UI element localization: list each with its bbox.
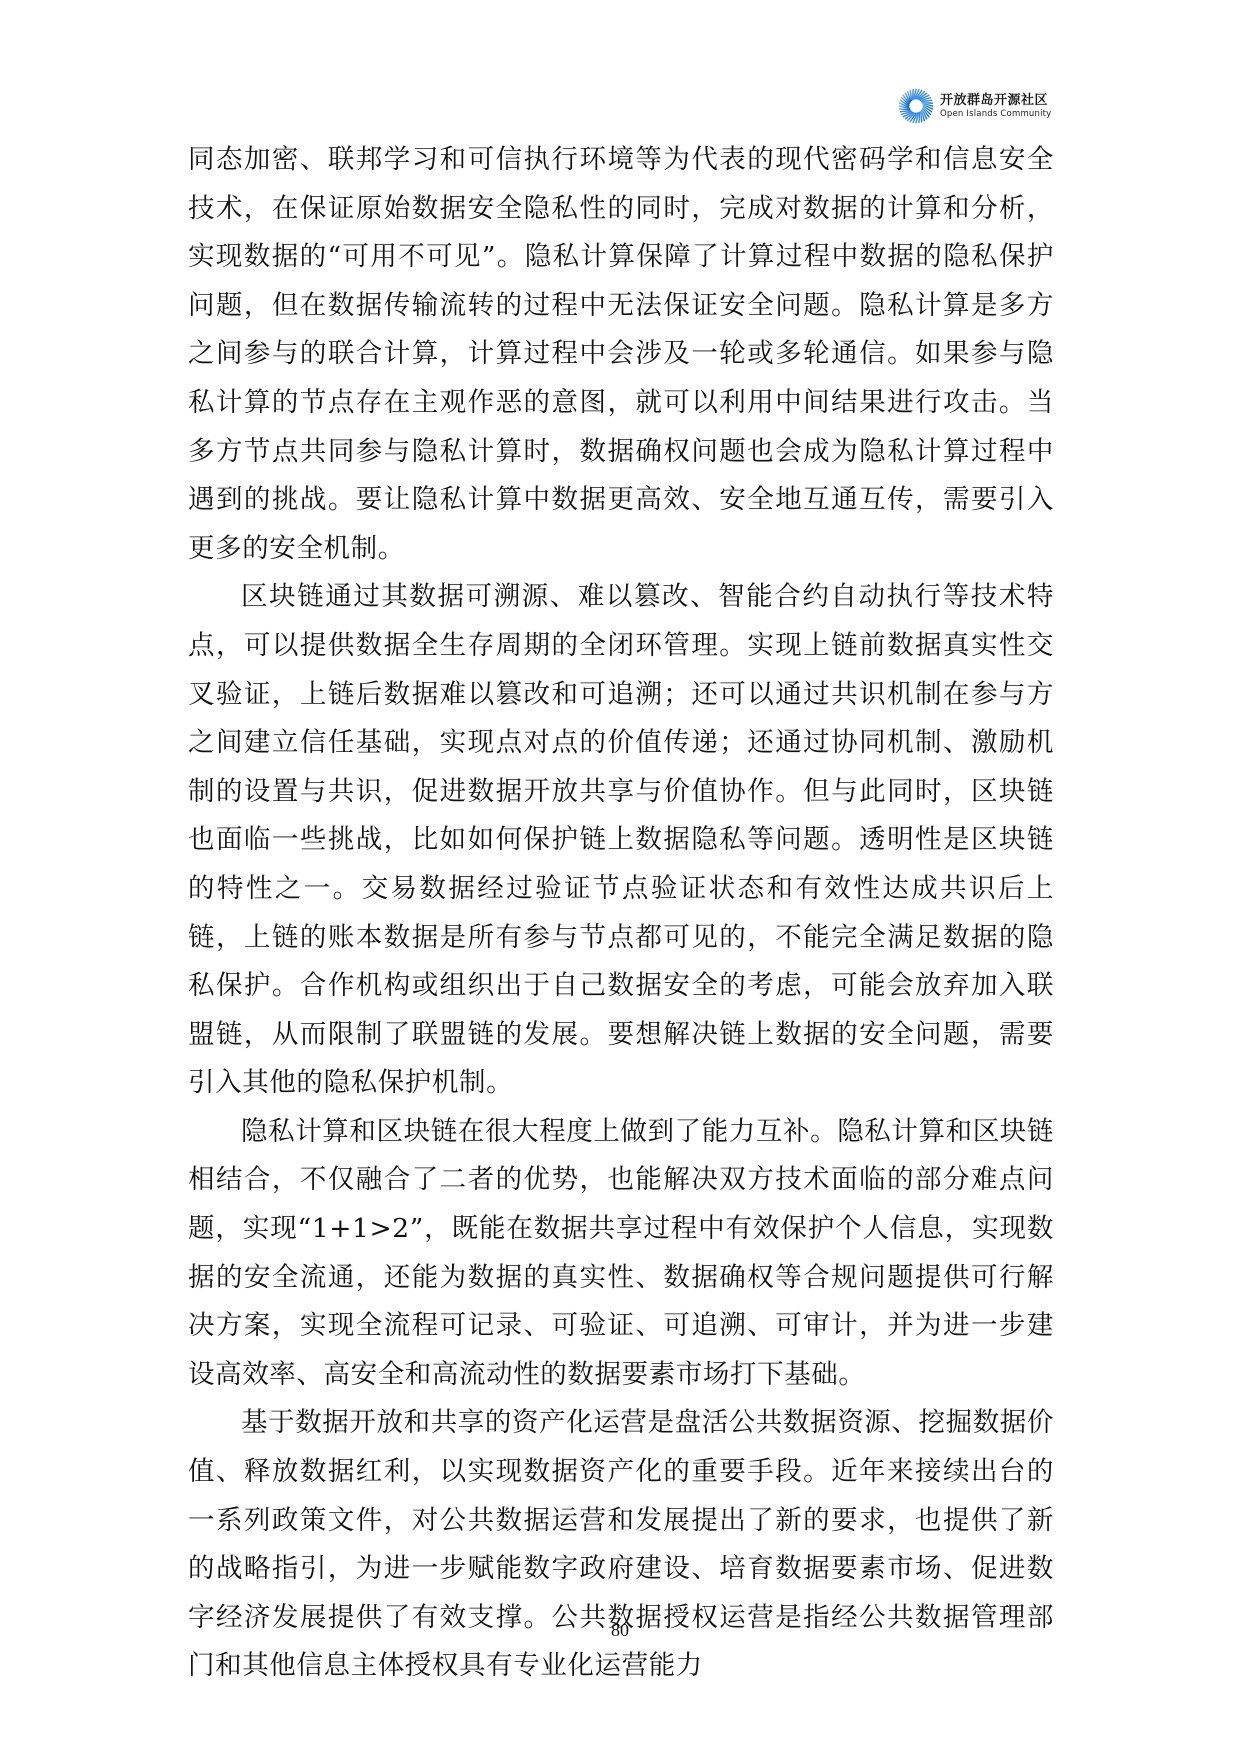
logo-text: 开放群岛开源社区 Open Islands Community: [940, 94, 1051, 119]
org-name-cn: 开放群岛开源社区: [940, 94, 1051, 107]
paragraph-4: 基于数据开放和共享的资产化运营是盘活公共数据资源、挖掘数据价值、释放数据红利，以…: [188, 1399, 1054, 1691]
page-number: 80: [0, 1620, 1240, 1641]
paragraph-3: 隐私计算和区块链在很大程度上做到了能力互补。隐私计算和区块链相结合，不仅融合了二…: [188, 1108, 1054, 1400]
document-body: 同态加密、联邦学习和可信执行环境等为代表的现代密码学和信息安全技术，在保证原始数…: [188, 136, 1054, 1691]
sunburst-ring-icon: [898, 88, 934, 124]
org-name-en: Open Islands Community: [940, 110, 1051, 119]
header-logo: 开放群岛开源社区 Open Islands Community: [898, 86, 1051, 126]
paragraph-1: 同态加密、联邦学习和可信执行环境等为代表的现代密码学和信息安全技术，在保证原始数…: [188, 136, 1054, 573]
paragraph-2: 区块链通过其数据可溯源、难以篡改、智能合约自动执行等技术特点，可以提供数据全生存…: [188, 573, 1054, 1108]
